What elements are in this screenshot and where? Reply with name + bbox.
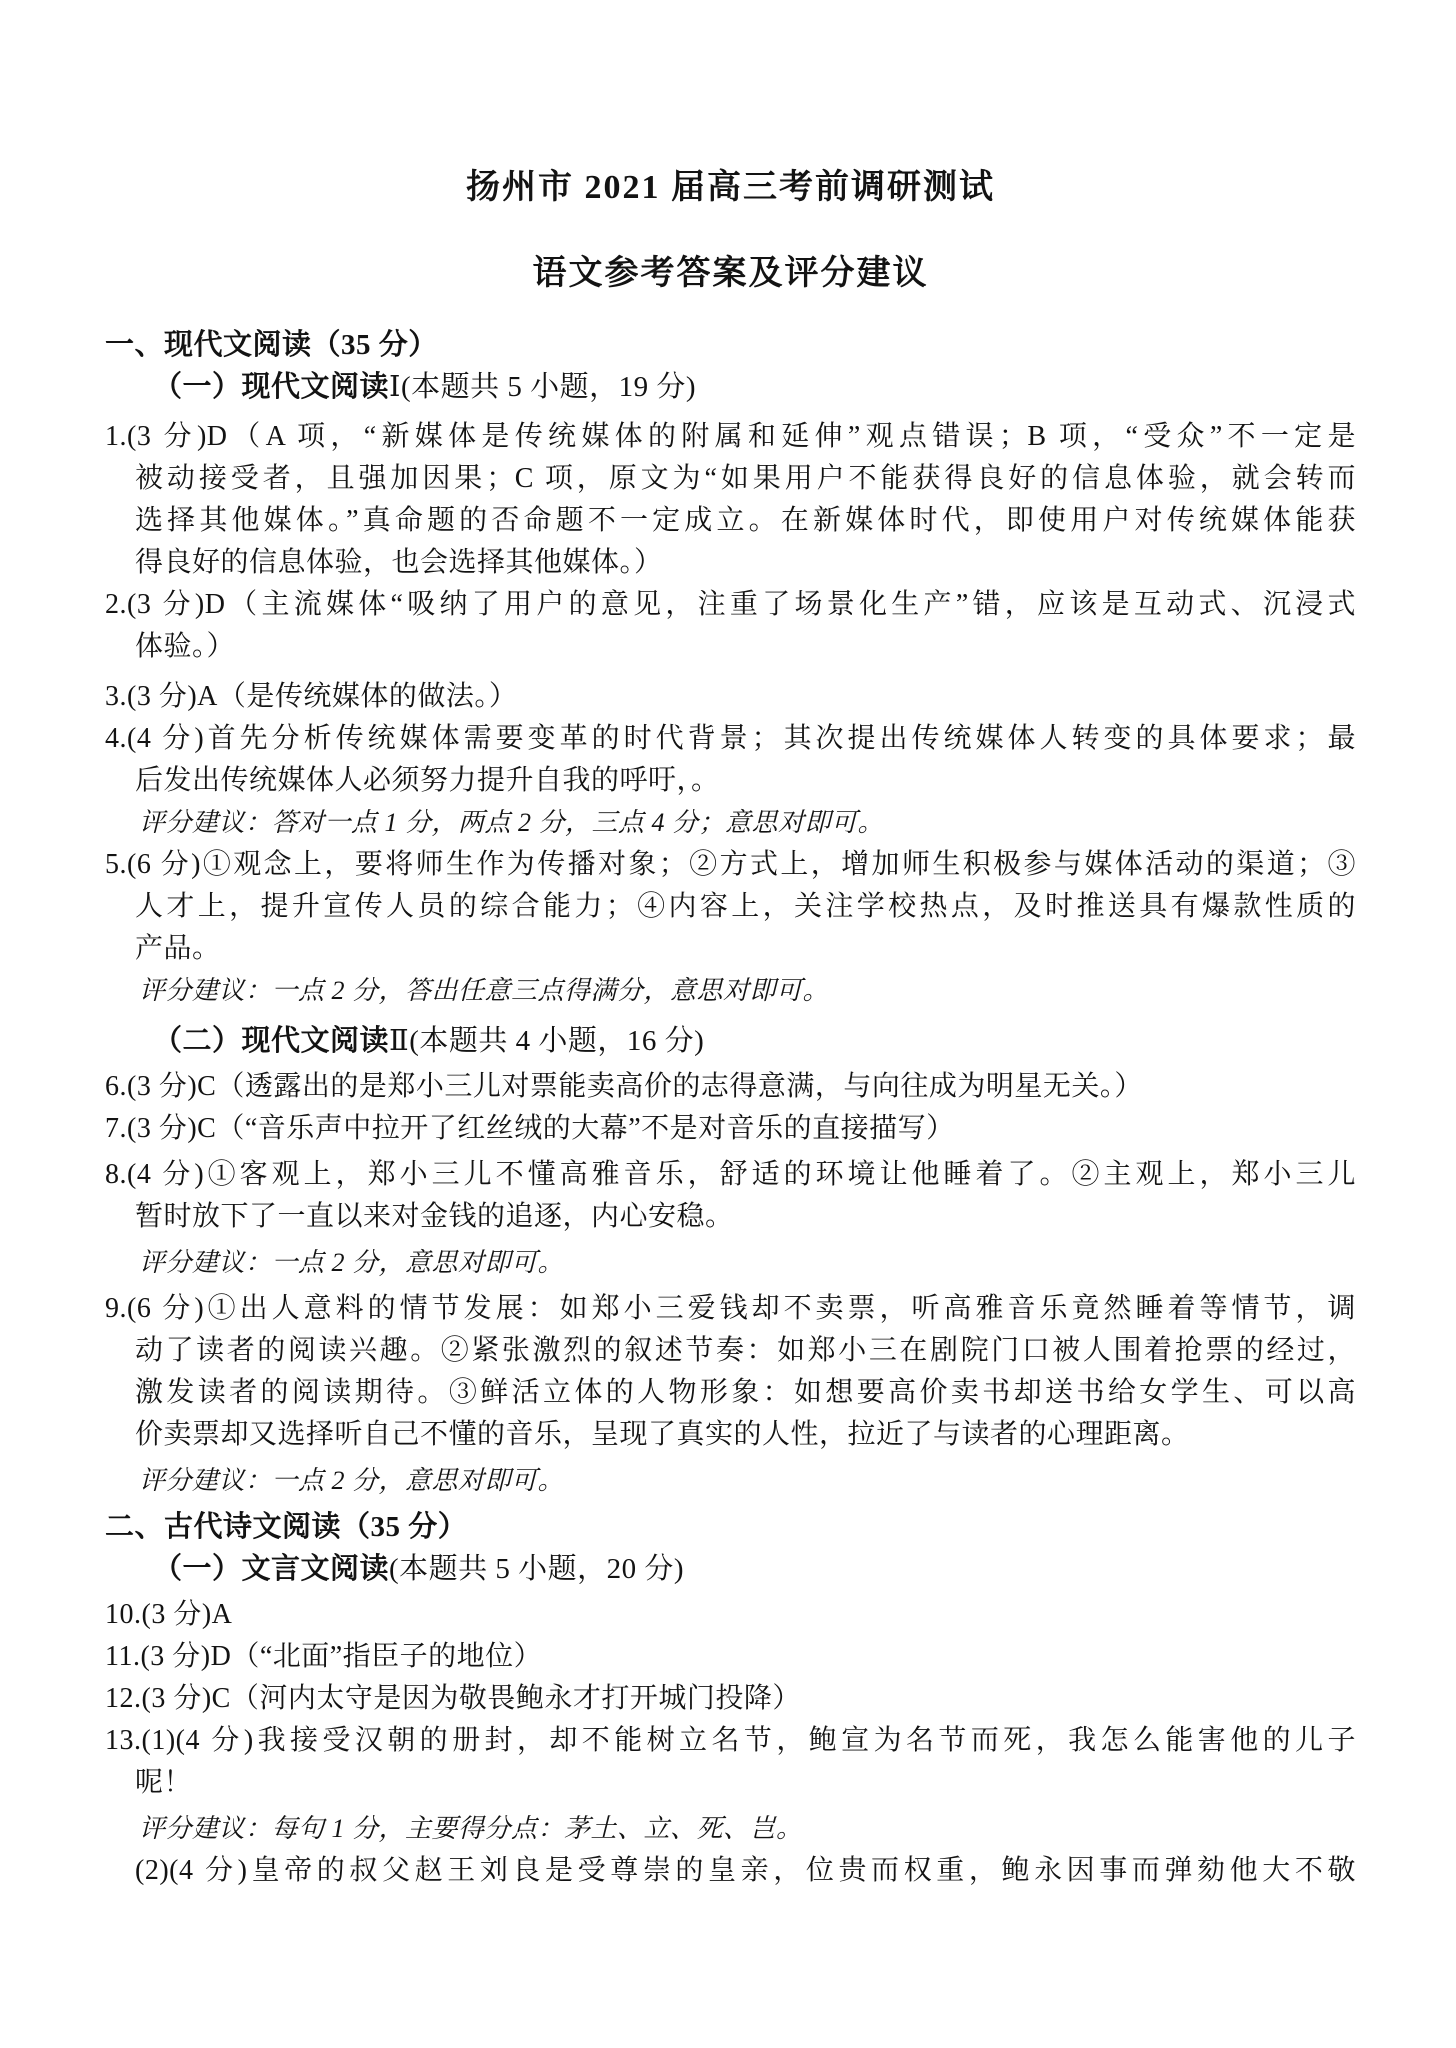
answer-line-q7: 7.(3 分)C（“音乐声中拉开了红丝绒的大幕”不是对音乐的直接描写） [105, 1108, 1356, 1150]
answer-line: 价卖票却又选择听自己不懂的音乐，呈现了真实的人性，拉近了与读者的心理距离。 [105, 1414, 1356, 1456]
section-heading-modern-reading: 一、现代文阅读（35 分） [105, 324, 1356, 366]
subsection-title-rest: Ⅱ(本题共 4 小题，16 分) [389, 1025, 704, 1057]
scoring-note-q5: 评分建议：一点 2 分，答出任意三点得满分，意思对即可。 [105, 970, 1356, 1012]
answer-line-q11: 11.(3 分)D（“北面”指臣子的地位） [105, 1636, 1356, 1678]
answer-line: 体验。） [105, 626, 1356, 668]
answer-line-q5: 5.(6 分)①观念上，要将师生作为传播对象；②方式上，增加师生积极参与媒体活动… [105, 844, 1356, 886]
subsection-title-bold: （一）文言文阅读 [153, 1553, 389, 1585]
answer-line: 激发读者的阅读期待。③鲜活立体的人物形象：如想要高价卖书却送书给女学生、可以高 [105, 1372, 1356, 1414]
answer-line-q10: 10.(3 分)A [105, 1594, 1356, 1636]
section-heading-classical-reading: 二、古代诗文阅读（35 分） [105, 1506, 1356, 1548]
answer-line: 产品。 [105, 928, 1356, 970]
answer-line: 得良好的信息体验，也会选择其他媒体。） [105, 542, 1356, 584]
subsection-title-rest: Ⅰ(本题共 5 小题，19 分) [389, 371, 696, 403]
answer-line: 被动接受者，且强加因果；C 项，原文为“如果用户不能获得良好的信息体验，就会转而 [105, 458, 1356, 500]
answer-line: 选择其他媒体。”真命题的否命题不一定成立。在新媒体时代，即使用户对传统媒体能获 [105, 500, 1356, 542]
answer-line: 动了读者的阅读兴趣。②紧张激烈的叙述节奏：如郑小三在剧院门口被人围着抢票的经过， [105, 1330, 1356, 1372]
scoring-note-q4: 评分建议：答对一点 1 分，两点 2 分，三点 4 分；意思对即可。 [105, 802, 1356, 844]
subsection-title-rest: (本题共 5 小题，20 分) [389, 1553, 684, 1585]
answer-line: 人才上，提升宣传人员的综合能力；④内容上，关注学校热点，及时推送具有爆款性质的 [105, 886, 1356, 928]
scoring-note-q8: 评分建议：一点 2 分，意思对即可。 [105, 1242, 1356, 1284]
answer-line-q3: 3.(3 分)A（是传统媒体的做法。） [105, 676, 1356, 718]
subsection-heading-modern-reading-1: （一）现代文阅读Ⅰ(本题共 5 小题，19 分) [105, 366, 1356, 408]
answer-line-q13-1: 13.(1)(4 分)我接受汉朝的册封，却不能树立名节，鲍宣为名节而死，我怎么能… [105, 1720, 1356, 1762]
doc-title: 扬州市 2021 届高三考前调研测试 [105, 168, 1356, 208]
document-page: 扬州市 2021 届高三考前调研测试 语文参考答案及评分建议 一、现代文阅读（3… [0, 0, 1456, 2048]
subsection-heading-modern-reading-2: （二）现代文阅读Ⅱ(本题共 4 小题，16 分) [105, 1020, 1356, 1062]
answer-line-q12: 12.(3 分)C（河内太守是因为敬畏鲍永才打开城门投降） [105, 1678, 1356, 1720]
answer-line: 后发出传统媒体人必须努力提升自我的呼吁，。 [105, 760, 1356, 802]
answer-line: 暂时放下了一直以来对金钱的追逐，内心安稳。 [105, 1196, 1356, 1238]
answer-line-q9: 9.(6 分)①出人意料的情节发展：如郑小三爱钱却不卖票，听高雅音乐竟然睡着等情… [105, 1288, 1356, 1330]
answer-line-q8: 8.(4 分)①客观上，郑小三儿不懂高雅音乐，舒适的环境让他睡着了。②主观上，郑… [105, 1154, 1356, 1196]
scoring-note-q13: 评分建议：每句 1 分，主要得分点：茅土、立、死、岂。 [105, 1808, 1356, 1850]
answer-line-q1: 1.(3 分)D（A 项，“新媒体是传统媒体的附属和延伸”观点错误；B 项，“受… [105, 416, 1356, 458]
subsection-title-bold: （一）现代文阅读 [153, 371, 389, 403]
doc-body: 一、现代文阅读（35 分） （一）现代文阅读Ⅰ(本题共 5 小题，19 分) 1… [105, 324, 1356, 1892]
answer-line-q2: 2.(3 分)D（主流媒体“吸纳了用户的意见，注重了场景化生产”错，应该是互动式… [105, 584, 1356, 626]
answer-line-q4: 4.(4 分)首先分析传统媒体需要变革的时代背景；其次提出传统媒体人转变的具体要… [105, 718, 1356, 760]
doc-subtitle: 语文参考答案及评分建议 [105, 254, 1356, 294]
answer-line-q13-2: (2)(4 分)皇帝的叔父赵王刘良是受尊崇的皇亲，位贵而权重，鲍永因事而弹劾他大… [105, 1850, 1356, 1892]
scoring-note-q9: 评分建议：一点 2 分，意思对即可。 [105, 1460, 1356, 1502]
subsection-heading-classical-reading-1: （一）文言文阅读(本题共 5 小题，20 分) [105, 1548, 1356, 1590]
answer-line-q6: 6.(3 分)C（透露出的是郑小三儿对票能卖高价的志得意满，与向往成为明星无关。… [105, 1066, 1356, 1108]
answer-line: 呢！ [105, 1762, 1356, 1804]
subsection-title-bold: （二）现代文阅读 [153, 1025, 389, 1057]
